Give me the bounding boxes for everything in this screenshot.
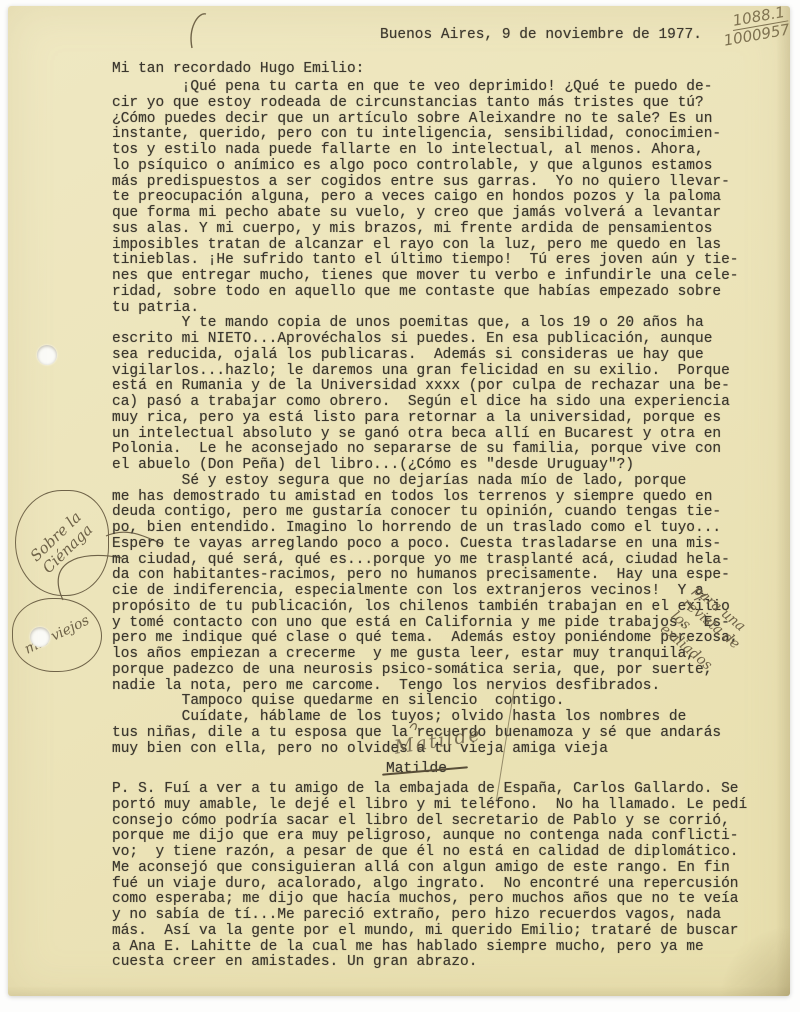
catalog-number: 1088.1 1000957 [687,4,792,56]
punch-hole-top [37,345,57,365]
margin-note-sobre-la-cienaga: Sobre la Ciénaga [15,490,109,596]
margin-note-1-text: Sobre la Ciénaga [24,505,101,581]
dateline: Buenos Aires, 9 de noviembre de 1977. [380,28,702,44]
letter-page: Buenos Aires, 9 de noviembre de 1977. 10… [8,6,790,996]
pen-squiggle-top-left [191,14,206,48]
letter-body: ¡Qué pena tu carta en que te veo deprimi… [112,80,739,757]
punch-hole-bottom [30,627,50,647]
margin-note-mis-viejos: mis viejos [12,598,102,672]
postscript: P. S. Fuí a ver a tu amigo de la embajad… [112,782,747,971]
greeting: Mi tan recordado Hugo Emilio: [112,62,364,78]
